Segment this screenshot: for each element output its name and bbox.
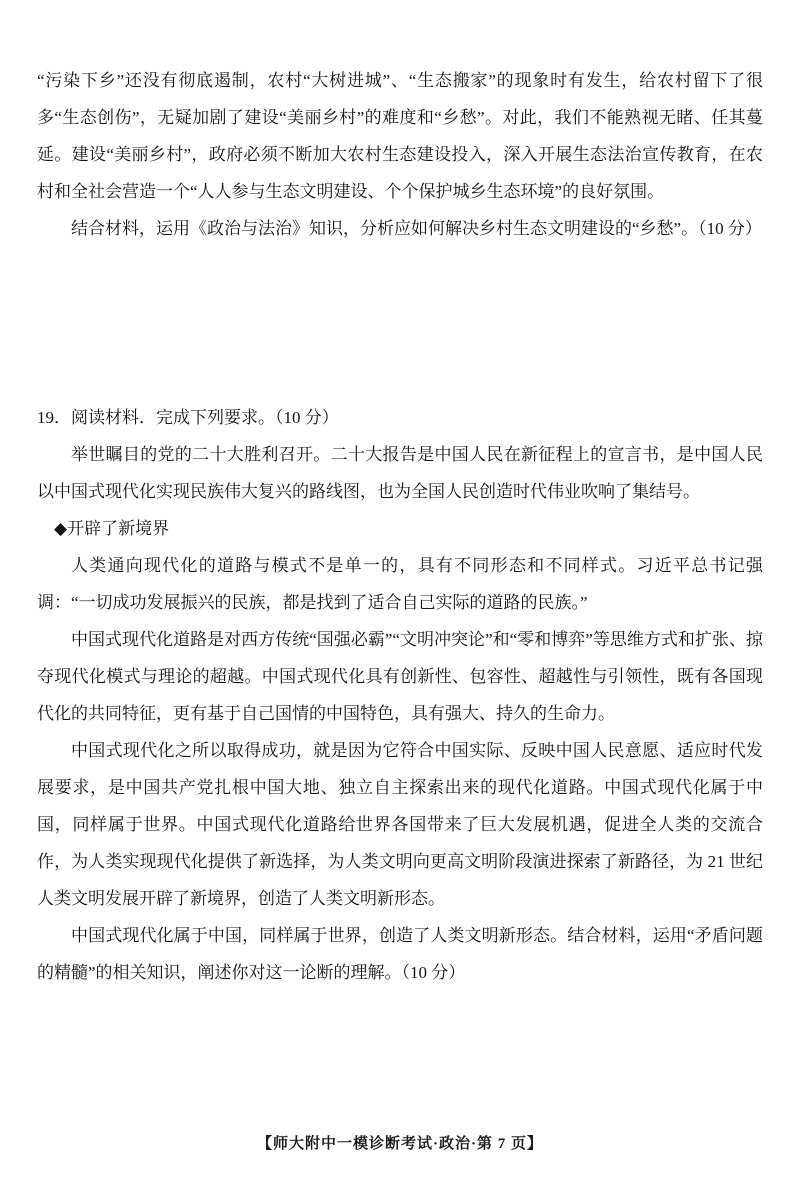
page-footer: 【师大附中一模诊断考试·政治·第 7 页】 xyxy=(0,1132,800,1153)
q19-prompt: 中国式现代化属于中国，同样属于世界，创造了人类文明新形态。结合材料，运用“矛盾问… xyxy=(37,917,763,991)
continuation-paragraph: “污染下乡”还没有彻底遏制，农村“大树进城”、“生态搬家”的现象时有发生，给农村… xyxy=(37,62,763,210)
q19-subheading: ◆开辟了新境界 xyxy=(37,510,763,547)
q18-answer-space xyxy=(37,247,763,399)
exam-page: “污染下乡”还没有彻底遏制，农村“大树进城”、“生态搬家”的现象时有发生，给农村… xyxy=(0,0,800,1186)
q18-prompt: 结合材料，运用《政治与法治》知识，分析应如何解决乡村生态文明建设的“乡愁”。（1… xyxy=(37,210,763,247)
diamond-bullet-icon: ◆ xyxy=(54,519,67,538)
q19-intro-paragraph: 举世瞩目的党的二十大胜利召开。二十大报告是中国人民在新征程上的宣言书，是中国人民… xyxy=(37,436,763,510)
q19-paragraph: 人类通向现代化的道路与模式不是单一的，具有不同形态和不同样式。习近平总书记强调：… xyxy=(37,547,763,621)
q19-heading: 19．阅读材料．完成下列要求。（10 分） xyxy=(37,399,763,436)
page-content: “污染下乡”还没有彻底遏制，农村“大树进城”、“生态搬家”的现象时有发生，给农村… xyxy=(37,62,763,991)
q19-paragraph: 中国式现代化道路是对西方传统“国强必霸”“文明冲突论”和“零和博弈”等思维方式和… xyxy=(37,621,763,732)
q19-subheading-label: 开辟了新境界 xyxy=(67,519,169,538)
q19-paragraph: 中国式现代化之所以取得成功，就是因为它符合中国实际、反映中国人民意愿、适应时代发… xyxy=(37,732,763,917)
